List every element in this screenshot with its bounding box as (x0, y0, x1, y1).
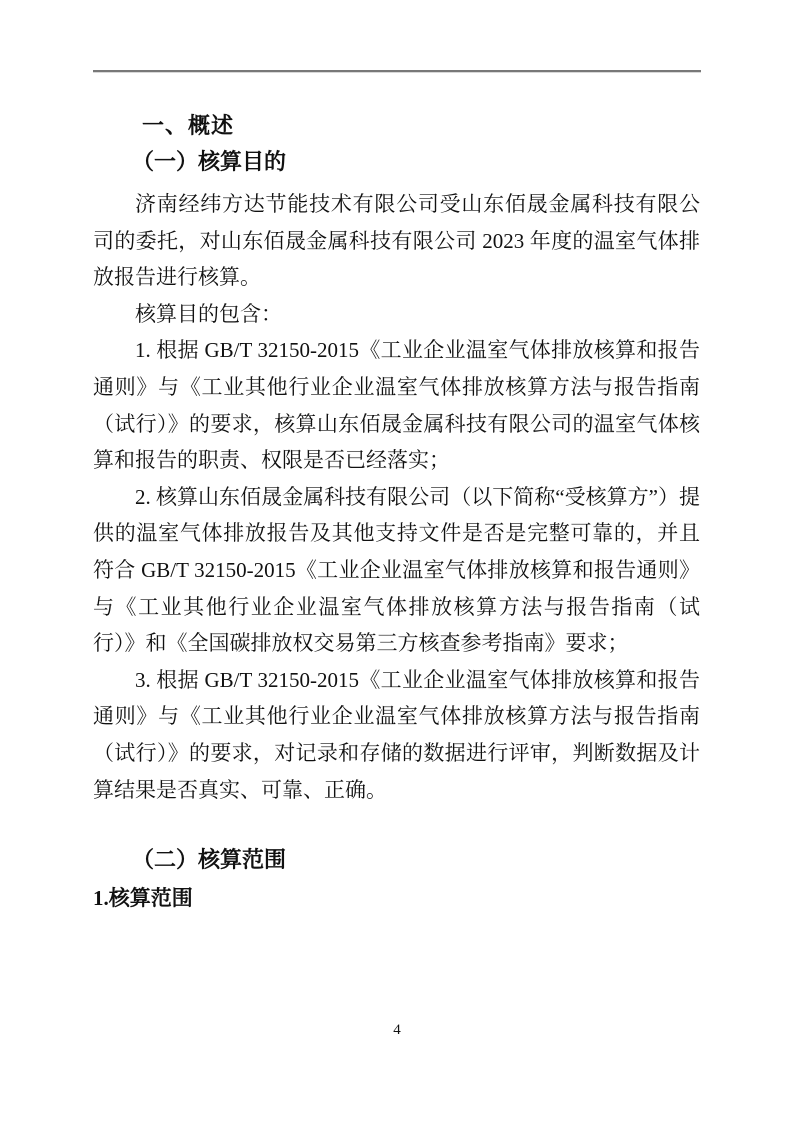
document-page: 一、概述 （一）核算目的 济南经纬方达节能技术有限公司受山东佰晟金属科技有限公司… (0, 0, 794, 1123)
paragraph-purpose-item-2: 2. 核算山东佰晟金属科技有限公司（以下简称“受核算方”）提供的温室气体排放报告… (93, 479, 700, 662)
paragraph-purpose-item-3: 3. 根据 GB/T 32150-2015《工业企业温室气体排放核算和报告通则》… (93, 662, 700, 808)
section-heading-overview: 一、概述 (93, 110, 700, 142)
paragraph-commission: 济南经纬方达节能技术有限公司受山东佰晟金属科技有限公司的委托，对山东佰晟金属科技… (93, 186, 700, 296)
numbered-heading-scope: 1.核算范围 (93, 882, 700, 914)
subsection-heading-purpose: （一）核算目的 (93, 146, 700, 178)
page-number: 4 (0, 1022, 794, 1039)
page-content: 一、概述 （一）核算目的 济南经纬方达节能技术有限公司受山东佰晟金属科技有限公司… (93, 106, 700, 914)
paragraph-purpose-intro: 核算目的包含： (93, 296, 700, 333)
header-rule (93, 70, 701, 72)
paragraph-purpose-item-1: 1. 根据 GB/T 32150-2015《工业企业温室气体排放核算和报告通则》… (93, 332, 700, 478)
subsection-heading-scope: （二）核算范围 (93, 844, 700, 876)
